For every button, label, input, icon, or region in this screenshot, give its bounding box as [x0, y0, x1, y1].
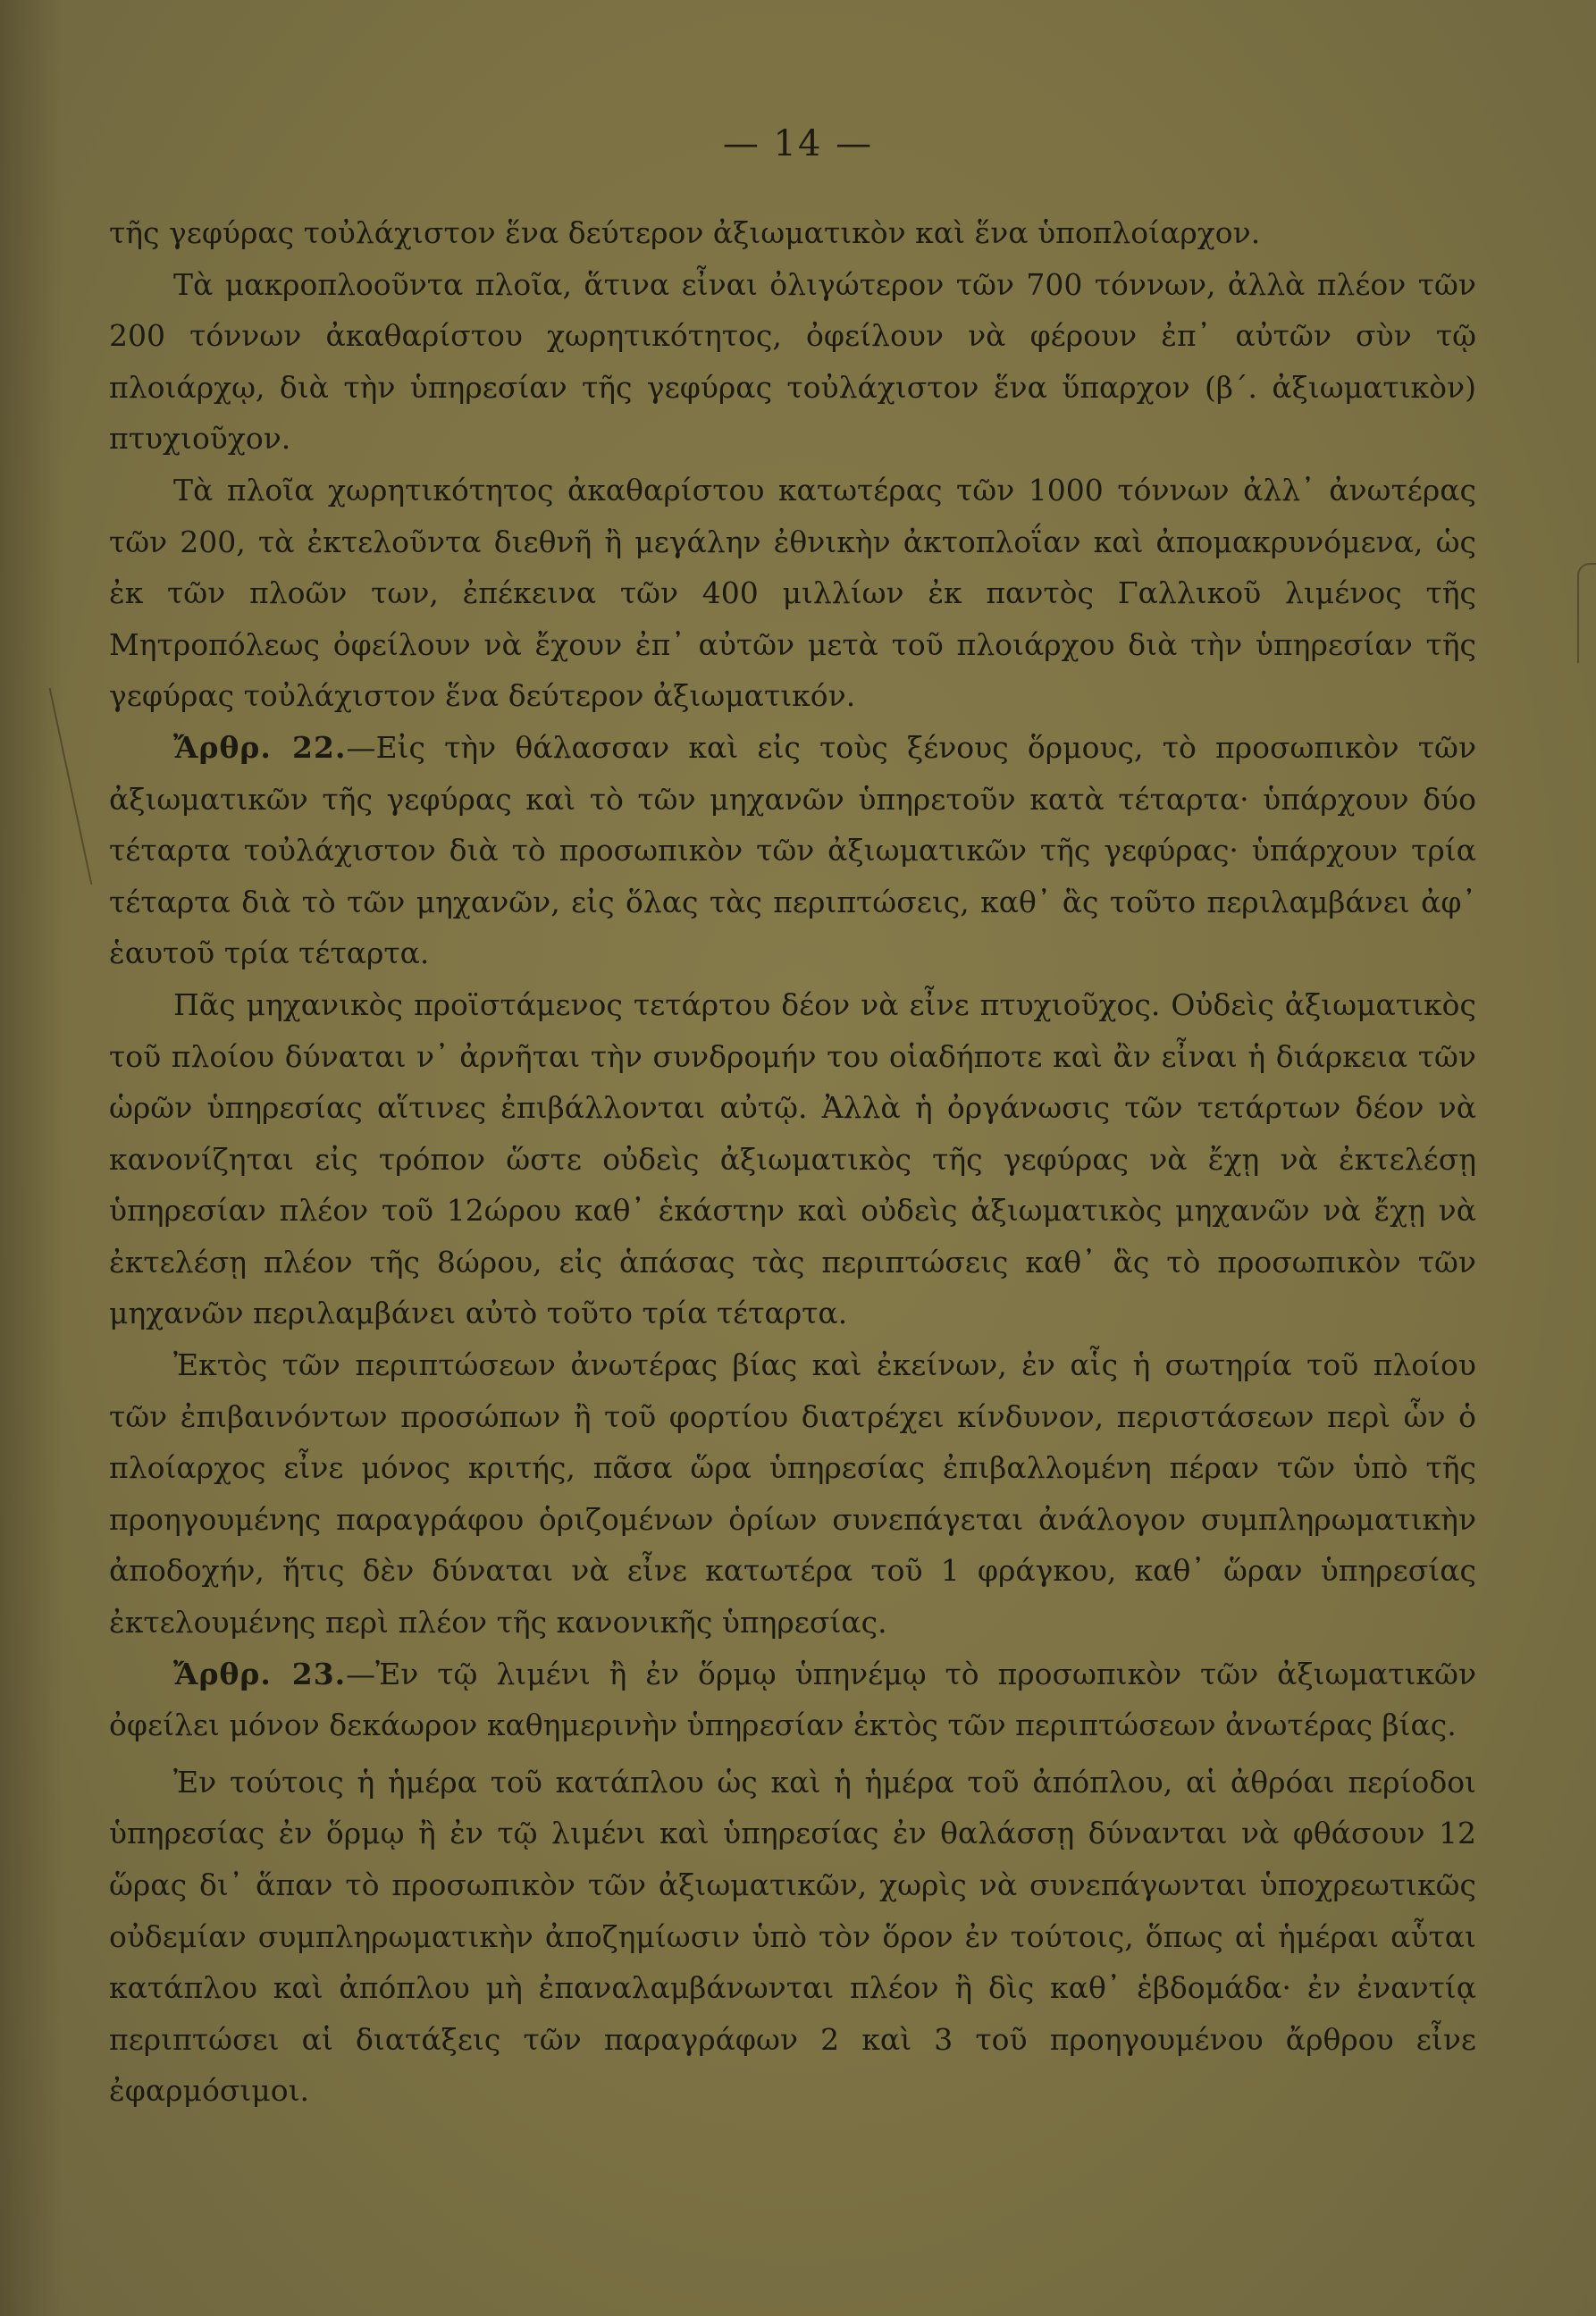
paper-tear-right [1577, 563, 1596, 663]
article-text: —Εἰς τὴν θάλασσαν καὶ εἰς τοὺς ξένους ὅρ… [109, 730, 1476, 970]
article-label: Ἄρθρ. 23. [173, 1657, 346, 1691]
paragraph: Ἐν τούτοις ἡ ἡμέρα τοῦ κατάπλου ὡς καὶ ἡ… [109, 1757, 1476, 2117]
body-text: τῆς γεφύρας τοὐλάχιστον ἕνα δεύτερον ἀξι… [109, 207, 1476, 2117]
article-23-paragraph: Ἄρθρ. 23.—Ἐν τῷ λιμένι ἢ ἐν ὅρμῳ ὑπηνέμῳ… [109, 1649, 1476, 1751]
article-label: Ἄρθρ. 22. [173, 730, 346, 765]
article-22-paragraph: Ἄρθρ. 22.—Εἰς τὴν θάλασσαν καὶ εἰς τοὺς … [109, 722, 1476, 979]
paragraph: Πᾶς μηχανικὸς προϊστάμενος τετάρτου δέον… [109, 979, 1476, 1339]
binding-shadow [0, 0, 63, 2316]
scanned-page: — 14 — τῆς γεφύρας τοὐλάχιστον ἕνα δεύτε… [0, 0, 1596, 2316]
paragraph-continuation: τῆς γεφύρας τοὐλάχιστον ἕνα δεύτερον ἀξι… [109, 207, 1476, 259]
paragraph: Ἐκτὸς τῶν περιπτώσεων ἀνωτέρας βίας καὶ … [109, 1339, 1476, 1649]
page-number: — 14 — [0, 123, 1596, 164]
paragraph: Τὰ πλοῖα χωρητικότητος ἀκαθαρίστου κατωτ… [109, 465, 1476, 722]
paragraph: Τὰ μακροπλοοῦντα πλοῖα, ἅτινα εἶναι ὀλιγ… [109, 259, 1476, 465]
